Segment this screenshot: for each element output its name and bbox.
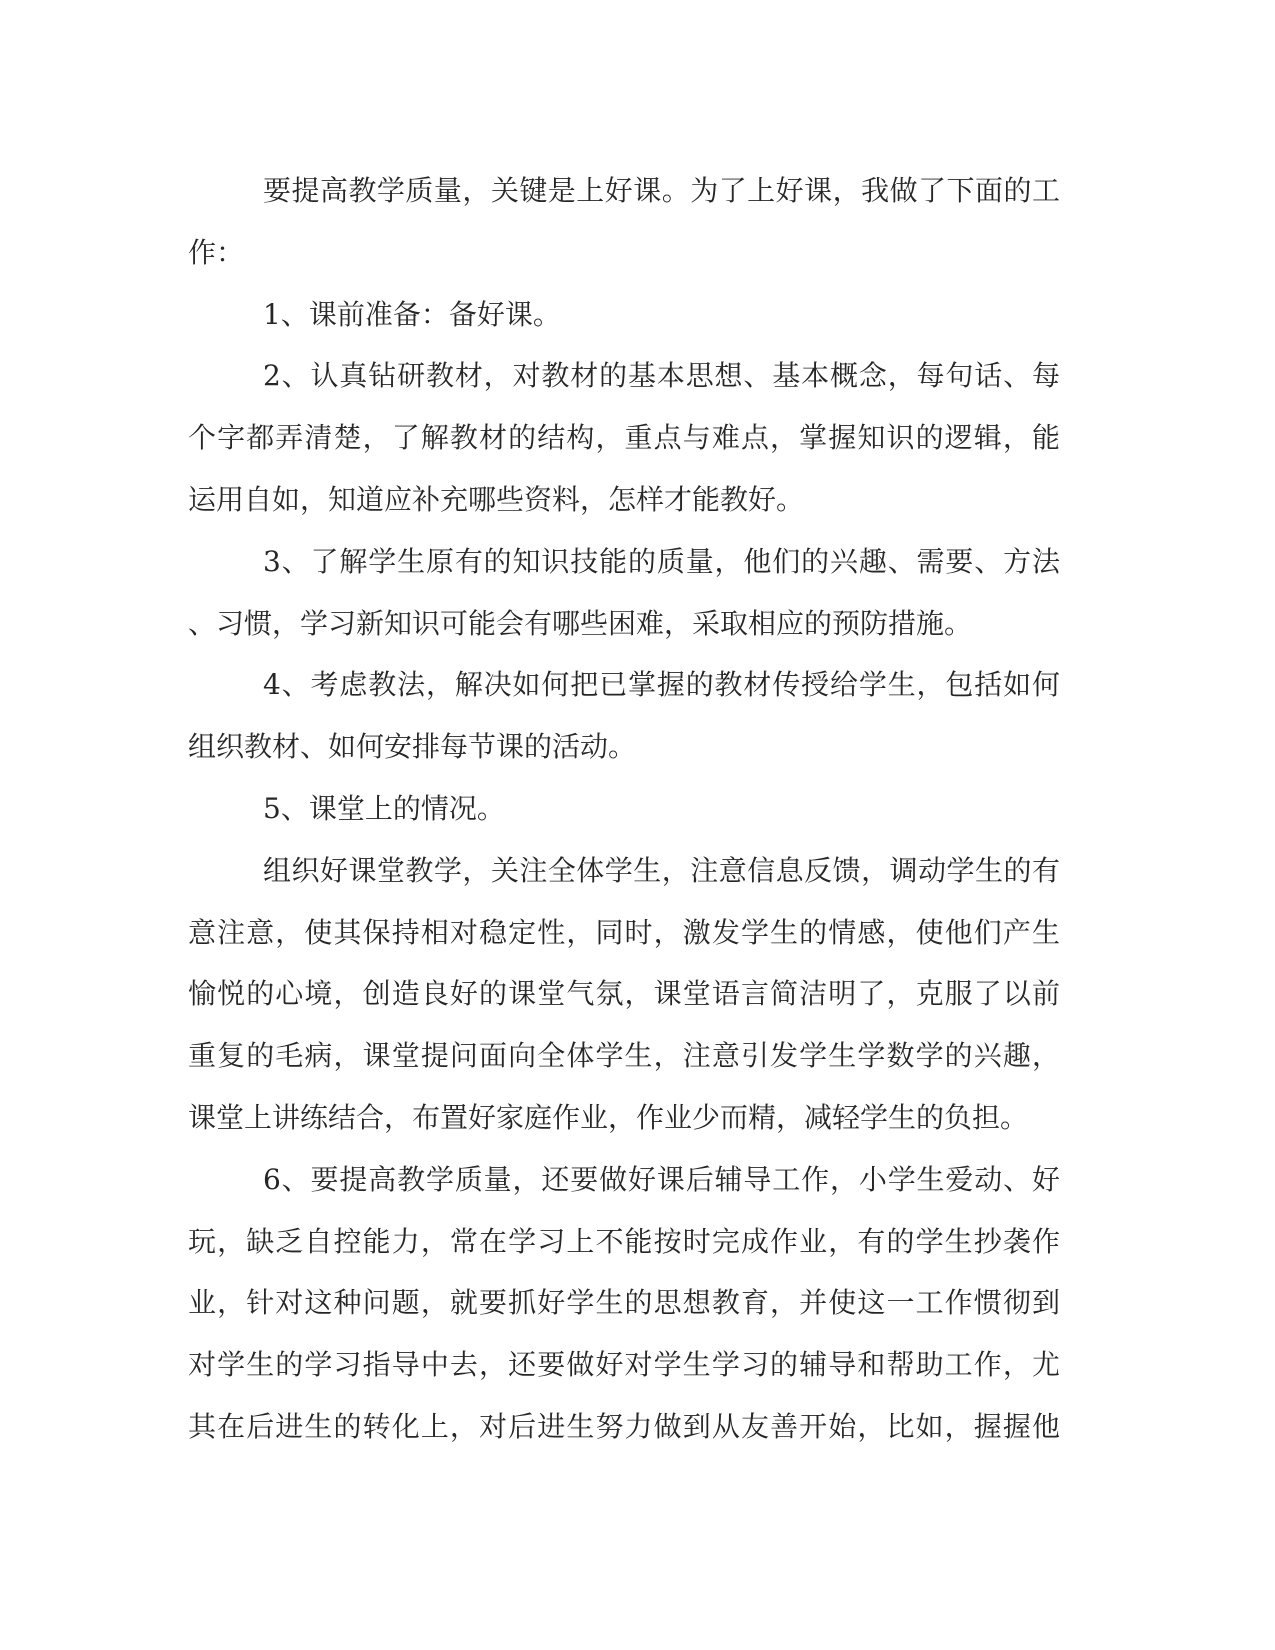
text-line: 要提高教学质量，关键是上好课。为了上好课，我做了下面的工 [188, 160, 1060, 222]
text-line: 4、考虑教法，解决如何把已掌握的教材传授给学生，包括如何 [188, 654, 1060, 716]
text-line: 对学生的学习指导中去，还要做好对学生学习的辅导和帮助工作，尤 [188, 1334, 1060, 1396]
text-line: 重复的毛病，课堂提问面向全体学生，注意引发学生学数学的兴趣， [188, 1025, 1060, 1087]
text-line: 其在后进生的转化上，对后进生努力做到从友善开始，比如，握握他 [188, 1396, 1060, 1458]
text-line: 1、课前准备：备好课。 [188, 284, 1060, 346]
text-line: 运用自如，知道应补充哪些资料，怎样才能教好。 [188, 469, 1060, 531]
text-line: 5、课堂上的情况。 [188, 778, 1060, 840]
text-line: 玩，缺乏自控能力，常在学习上不能按时完成作业，有的学生抄袭作 [188, 1211, 1060, 1273]
document-body: 要提高教学质量，关键是上好课。为了上好课，我做了下面的工作：1、课前准备：备好课… [188, 160, 1060, 1458]
text-line: 作： [188, 222, 1060, 284]
text-line: 课堂上讲练结合，布置好家庭作业，作业少而精，减轻学生的负担。 [188, 1087, 1060, 1149]
text-line: 组织教材、如何安排每节课的活动。 [188, 716, 1060, 778]
text-line: 6、要提高教学质量，还要做好课后辅导工作，小学生爱动、好 [188, 1149, 1060, 1211]
text-line: 、习惯，学习新知识可能会有哪些困难，采取相应的预防措施。 [188, 593, 1060, 655]
text-line: 组织好课堂教学，关注全体学生，注意信息反馈，调动学生的有 [188, 840, 1060, 902]
text-line: 意注意，使其保持相对稳定性，同时，激发学生的情感，使他们产生 [188, 902, 1060, 964]
text-line: 2、认真钻研教材，对教材的基本思想、基本概念，每句话、每 [188, 345, 1060, 407]
document-page: 要提高教学质量，关键是上好课。为了上好课，我做了下面的工作：1、课前准备：备好课… [0, 0, 1275, 1650]
text-line: 业，针对这种问题，就要抓好学生的思想教育，并使这一工作惯彻到 [188, 1272, 1060, 1334]
text-line: 3、了解学生原有的知识技能的质量，他们的兴趣、需要、方法 [188, 531, 1060, 593]
text-line: 个字都弄清楚，了解教材的结构，重点与难点，掌握知识的逻辑，能 [188, 407, 1060, 469]
text-line: 愉悦的心境，创造良好的课堂气氛，课堂语言简洁明了，克服了以前 [188, 963, 1060, 1025]
